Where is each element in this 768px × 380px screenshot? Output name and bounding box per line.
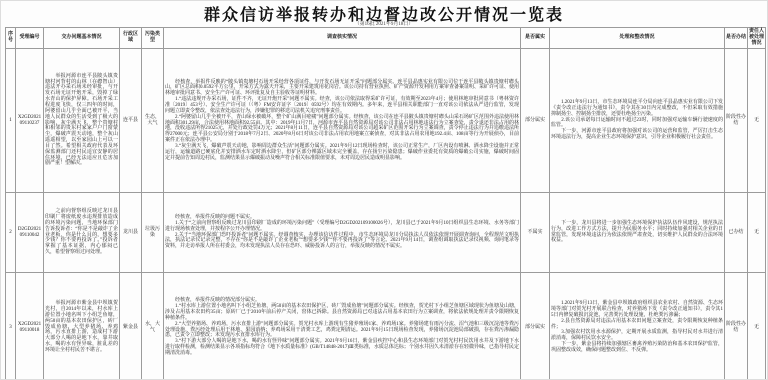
cell-handling: 1.2021年9月13日，紫金县中坝镇政府组织县农业农村、自然资源、生态环境等部…	[550, 273, 725, 380]
cell-istrue: 部分属实	[521, 49, 550, 193]
cell-accountability: 无	[748, 273, 766, 380]
col-header-seq: 序号	[6, 28, 16, 49]
cell-handling: 下一步，龙川县将进一步加强生态环境保护执法队伍作风建设，规范执法行为，改进工作方…	[550, 193, 725, 273]
cell-verification: 经核查，举报件反映的情况部分属实。 1.“村水库上游位置小地名叫下小组芝鱼塘，两…	[164, 273, 521, 380]
col-header-handling: 处理和整改情况	[550, 28, 725, 49]
cell-case-no: D2GD202109110042	[16, 193, 44, 273]
cell-region: 龙川县	[120, 193, 142, 273]
col-header-problem: 交办问题基本情况	[44, 28, 120, 49]
cell-status: 阶段性办结	[725, 49, 748, 193]
cell-istrue: 不属实	[521, 193, 550, 273]
cell-verification: 经核查，举报件反映的“陂头镇贵塘村石场开采经营各项证件，与开发石场无证开采”问题…	[164, 49, 521, 193]
col-header-accountability: 责任人被处理情况	[748, 28, 766, 49]
cell-seq: 3	[6, 273, 16, 380]
cell-status: 已办结	[725, 193, 748, 273]
cell-pollution-type: 水，大气	[142, 273, 164, 380]
table-row-1: 1 X2GD202109110237 举报河源市连平县陂头镇贵塘村河背村的山林（…	[6, 49, 766, 193]
table-row-2: 2 D2GD202109110042 之前向督察组反映过龙川县印刷厂将废纸废水违…	[6, 193, 766, 273]
cell-problem: 之前向督察组反映过龙川县印刷厂将废纸废水违规排放造成的环境污染问题，当地环保部门…	[44, 193, 120, 273]
document-page: 群众信访举报转办和边督边改公开情况一览表 （第16批 2021年9月18日） 序…	[0, 0, 768, 380]
cell-problem: 举报河源市紫金县中坝镇贺光村，自2014年以来，村水库上游位置小地名叫下小组芝鱼…	[44, 273, 120, 380]
cell-problem: 举报河源市连平县陂头镇贵塘村河背村的山林（在磜智山）违法开办采石场未经审批，与开…	[44, 49, 120, 193]
cell-verification: 经核查，举报件反映的问题不属实。 1.关于“之前向督察组反映过龙川县印刷厂造成的…	[164, 193, 521, 273]
table-row-3: 3 X2GD202109110018 举报河源市紫金县中坝镇贺光村，自2014年…	[6, 273, 766, 380]
cell-status: 阶段性办结	[725, 273, 748, 380]
cell-region: 连平县	[120, 49, 142, 193]
col-header-pollution-type: 污染类型	[142, 28, 164, 49]
cell-seq: 1	[6, 49, 16, 193]
cell-seq: 2	[6, 193, 16, 273]
col-header-status: 是否办结	[725, 28, 748, 49]
cell-pollution-type: 生态，大气	[142, 49, 164, 193]
col-header-verification: 调查核实情况	[164, 28, 521, 49]
cell-accountability: 无	[748, 193, 766, 273]
header-row: 序号 受理编号 交办问题基本情况 行政区域 污染类型 调查核实情况 是否属实 处…	[6, 28, 766, 49]
cell-case-no: X2GD202109110018	[16, 273, 44, 380]
cell-case-no: X2GD202109110237	[16, 49, 44, 193]
col-header-istrue: 是否属实	[521, 28, 550, 49]
petition-disclosure-table: 序号 受理编号 交办问题基本情况 行政区域 污染类型 调查核实情况 是否属实 处…	[5, 27, 766, 380]
cell-handling: 1.2021年9月13日，市生态环境局连平分局向连平县晶惠实业有限公司下发《责令…	[550, 49, 725, 193]
cell-region: 紫金县	[120, 273, 142, 380]
cell-istrue: 部分属实	[521, 273, 550, 380]
col-header-case-no: 受理编号	[16, 28, 44, 49]
col-header-region: 行政区域	[120, 28, 142, 49]
page-subtitle: （第16批 2021年9月18日）	[1, 20, 767, 27]
cell-accountability: 无	[748, 49, 766, 193]
cell-pollution-type: 垃圾污染	[142, 193, 164, 273]
